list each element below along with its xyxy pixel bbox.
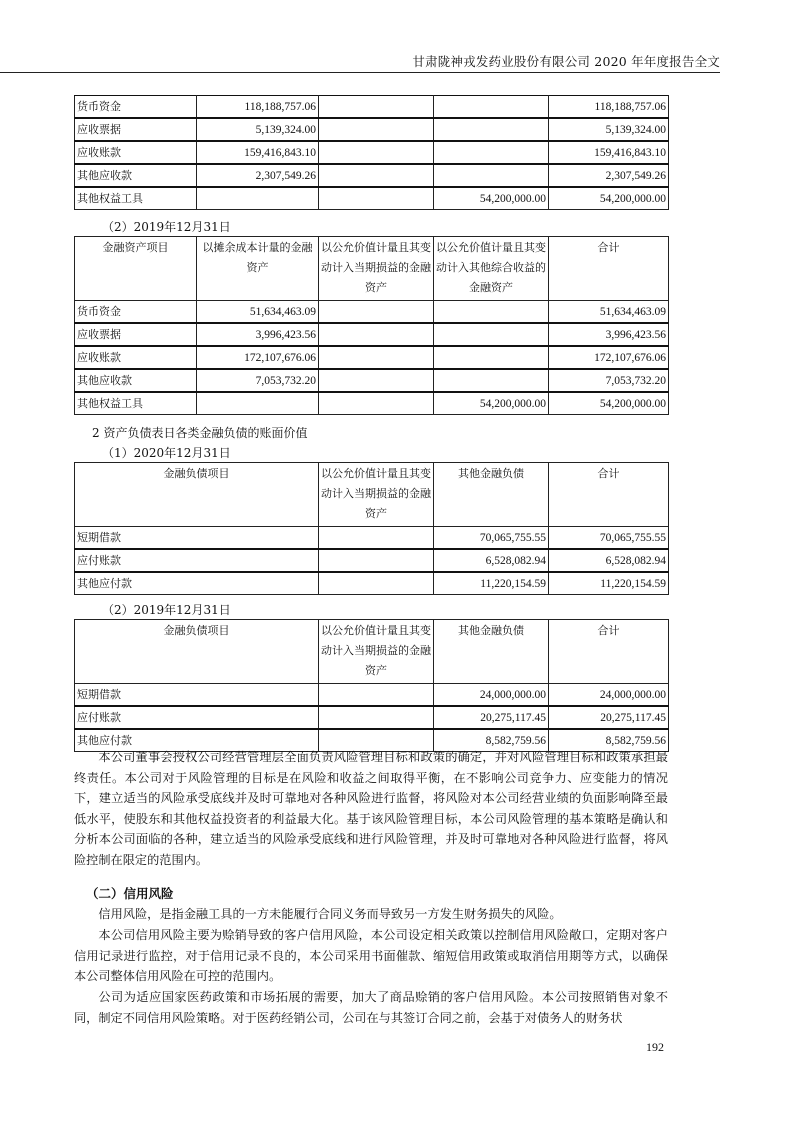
fvpl-cell [319,118,434,141]
fvoci-cell [434,369,549,392]
fvoci-cell [434,118,549,141]
fvpl-cell [319,572,434,595]
table-header-row: 金融资产项目 以摊余成本计量的金融资产 以公允价值计量且其变动计入当期损益的金融… [75,237,669,301]
amortized-cell [197,392,319,415]
total-cell: 7,053,732.20 [549,369,669,392]
fvpl-cell [319,323,434,346]
total-cell: 172,107,676.06 [549,346,669,369]
table-row: 其他应收款 7,053,732.20 7,053,732.20 [75,369,669,392]
other-cell: 70,065,755.55 [434,527,549,550]
table-row: 短期借款 24,000,000.00 24,000,000.00 [75,684,669,707]
table-row: 货币资金 51,634,463.09 51,634,463.09 [75,301,669,324]
asset-table-2019: 金融资产项目 以摊余成本计量的金融资产 以公允价值计量且其变动计入当期损益的金融… [74,236,669,415]
fvpl-cell [319,369,434,392]
amortized-cell: 3,996,423.56 [197,323,319,346]
liability-2020-label: （1）2020年12月31日 [102,444,231,461]
amortized-cell [197,187,319,210]
total-cell: 3,996,423.56 [549,323,669,346]
other-cell: 24,000,000.00 [434,684,549,707]
table-row: 其他应付款 11,220,154.59 11,220,154.59 [75,572,669,595]
header-amortized: 以摊余成本计量的金融资产 [197,237,319,301]
table-row: 应收票据 3,996,423.56 3,996,423.56 [75,323,669,346]
header-other: 其他金融负债 [434,620,549,684]
item-cell: 货币资金 [75,301,197,324]
table-row: 其他应收款 2,307,549.26 2,307,549.26 [75,164,669,187]
fvpl-cell [319,706,434,729]
fvoci-cell [434,323,549,346]
table-row: 短期借款 70,065,755.55 70,065,755.55 [75,527,669,550]
fvpl-cell [319,346,434,369]
total-cell: 51,634,463.09 [549,301,669,324]
header-total: 合计 [549,463,669,527]
credit-risk-heading: （二）信用风险 [86,884,174,902]
total-cell: 5,139,324.00 [549,118,669,141]
fvpl-cell [319,549,434,572]
credit-risk-definition: 信用风险，是指金融工具的一方未能履行合同义务而导致另一方发生财务损失的风险。 [74,904,668,925]
header-item: 金融负债项目 [75,463,319,527]
amortized-cell: 118,188,757.06 [197,96,319,119]
asset-table-2020: 货币资金 118,188,757.06 118,188,757.06 应收票据 … [74,95,669,210]
table-row: 应收账款 159,416,843.10 159,416,843.10 [75,141,669,164]
amortized-cell: 51,634,463.09 [197,301,319,324]
liability-table-2019: 金融负债项目 以公允价值计量且其变动计入当期损益的金融资产 其他金融负债 合计 … [74,619,669,752]
item-cell: 其他应付款 [75,572,319,595]
asset-2019-label: （2）2019年12月31日 [102,218,231,235]
other-cell: 11,220,154.59 [434,572,549,595]
table-row: 其他权益工具 54,200,000.00 54,200,000.00 [75,187,669,210]
fvpl-cell [319,141,434,164]
fvoci-cell: 54,200,000.00 [434,187,549,210]
table-row: 货币资金 118,188,757.06 118,188,757.06 [75,96,669,119]
fvpl-cell [319,164,434,187]
item-cell: 应付账款 [75,549,319,572]
item-cell: 应收票据 [75,323,197,346]
table-row: 其他权益工具 54,200,000.00 54,200,000.00 [75,392,669,415]
liability-table-2020: 金融负债项目 以公允价值计量且其变动计入当期损益的金融资产 其他金融负债 合计 … [74,462,669,595]
item-cell: 其他应收款 [75,369,197,392]
fvpl-cell [319,392,434,415]
fvoci-cell [434,164,549,187]
table-row: 应付账款 20,275,117.45 20,275,117.45 [75,706,669,729]
total-cell: 24,000,000.00 [549,684,669,707]
total-cell: 54,200,000.00 [549,187,669,210]
item-cell: 其他应收款 [75,164,197,187]
total-cell: 2,307,549.26 [549,164,669,187]
credit-risk-paragraph-2: 本公司信用风险主要为赊销导致的客户信用风险，本公司设定相关政策以控制信用风险敞口… [74,925,668,987]
other-cell: 20,275,117.45 [434,706,549,729]
fvpl-cell [319,187,434,210]
header-fvpl: 以公允价值计量且其变动计入当期损益的金融资产 [319,620,434,684]
report-title: 甘肃陇神戎发药业股份有限公司 2020 年年度报告全文 [412,52,720,70]
header-fvpl: 以公允价值计量且其变动计入当期损益的金融资产 [319,237,434,301]
total-cell: 20,275,117.45 [549,706,669,729]
item-cell: 短期借款 [75,684,319,707]
table-row: 应收票据 5,139,324.00 5,139,324.00 [75,118,669,141]
header-other: 其他金融负债 [434,463,549,527]
item-cell: 应付账款 [75,706,319,729]
header-total: 合计 [549,620,669,684]
page-number: 192 [646,1040,664,1055]
header-item: 金融负债项目 [75,620,319,684]
section2-title: 2 资产负债表日各类金融负债的账面价值 [92,424,307,441]
item-cell: 应收票据 [75,118,197,141]
item-cell: 其他权益工具 [75,392,197,415]
table-header-row: 金融负债项目 以公允价值计量且其变动计入当期损益的金融资产 其他金融负债 合计 [75,620,669,684]
amortized-cell: 2,307,549.26 [197,164,319,187]
fvoci-cell [434,141,549,164]
table-row: 应收账款 172,107,676.06 172,107,676.06 [75,346,669,369]
other-cell: 6,528,082.94 [434,549,549,572]
amortized-cell: 159,416,843.10 [197,141,319,164]
item-cell: 其他权益工具 [75,187,197,210]
fvpl-cell [319,684,434,707]
risk-management-paragraph: 本公司董事会授权公司经营管理层全面负责风险管理目标和政策的确定，并对风险管理目标… [74,747,668,870]
fvpl-cell [319,527,434,550]
total-cell: 118,188,757.06 [549,96,669,119]
header-fvpl: 以公允价值计量且其变动计入当期损益的金融资产 [319,463,434,527]
credit-risk-paragraph-3: 公司为适应国家医药政策和市场拓展的需要，加大了商品赊销的客户信用风险。本公司按照… [74,987,668,1028]
amortized-cell: 172,107,676.06 [197,346,319,369]
fvpl-cell [319,301,434,324]
fvpl-cell [319,96,434,119]
amortized-cell: 7,053,732.20 [197,369,319,392]
table-row: 应付账款 6,528,082.94 6,528,082.94 [75,549,669,572]
item-cell: 货币资金 [75,96,197,119]
page-header: 甘肃陇神戎发药业股份有限公司 2020 年年度报告全文 [0,50,720,73]
total-cell: 54,200,000.00 [549,392,669,415]
item-cell: 应收账款 [75,141,197,164]
liability-2019-label: （2）2019年12月31日 [102,601,231,618]
total-cell: 159,416,843.10 [549,141,669,164]
fvoci-cell [434,346,549,369]
fvoci-cell [434,301,549,324]
item-cell: 短期借款 [75,527,319,550]
total-cell: 6,528,082.94 [549,549,669,572]
fvoci-cell [434,96,549,119]
header-item: 金融资产项目 [75,237,197,301]
fvoci-cell: 54,200,000.00 [434,392,549,415]
header-fvoci: 以公允价值计量且其变动计入其他综合收益的金融资产 [434,237,549,301]
total-cell: 70,065,755.55 [549,527,669,550]
amortized-cell: 5,139,324.00 [197,118,319,141]
total-cell: 11,220,154.59 [549,572,669,595]
table-header-row: 金融负债项目 以公允价值计量且其变动计入当期损益的金融资产 其他金融负债 合计 [75,463,669,527]
item-cell: 应收账款 [75,346,197,369]
header-total: 合计 [549,237,669,301]
